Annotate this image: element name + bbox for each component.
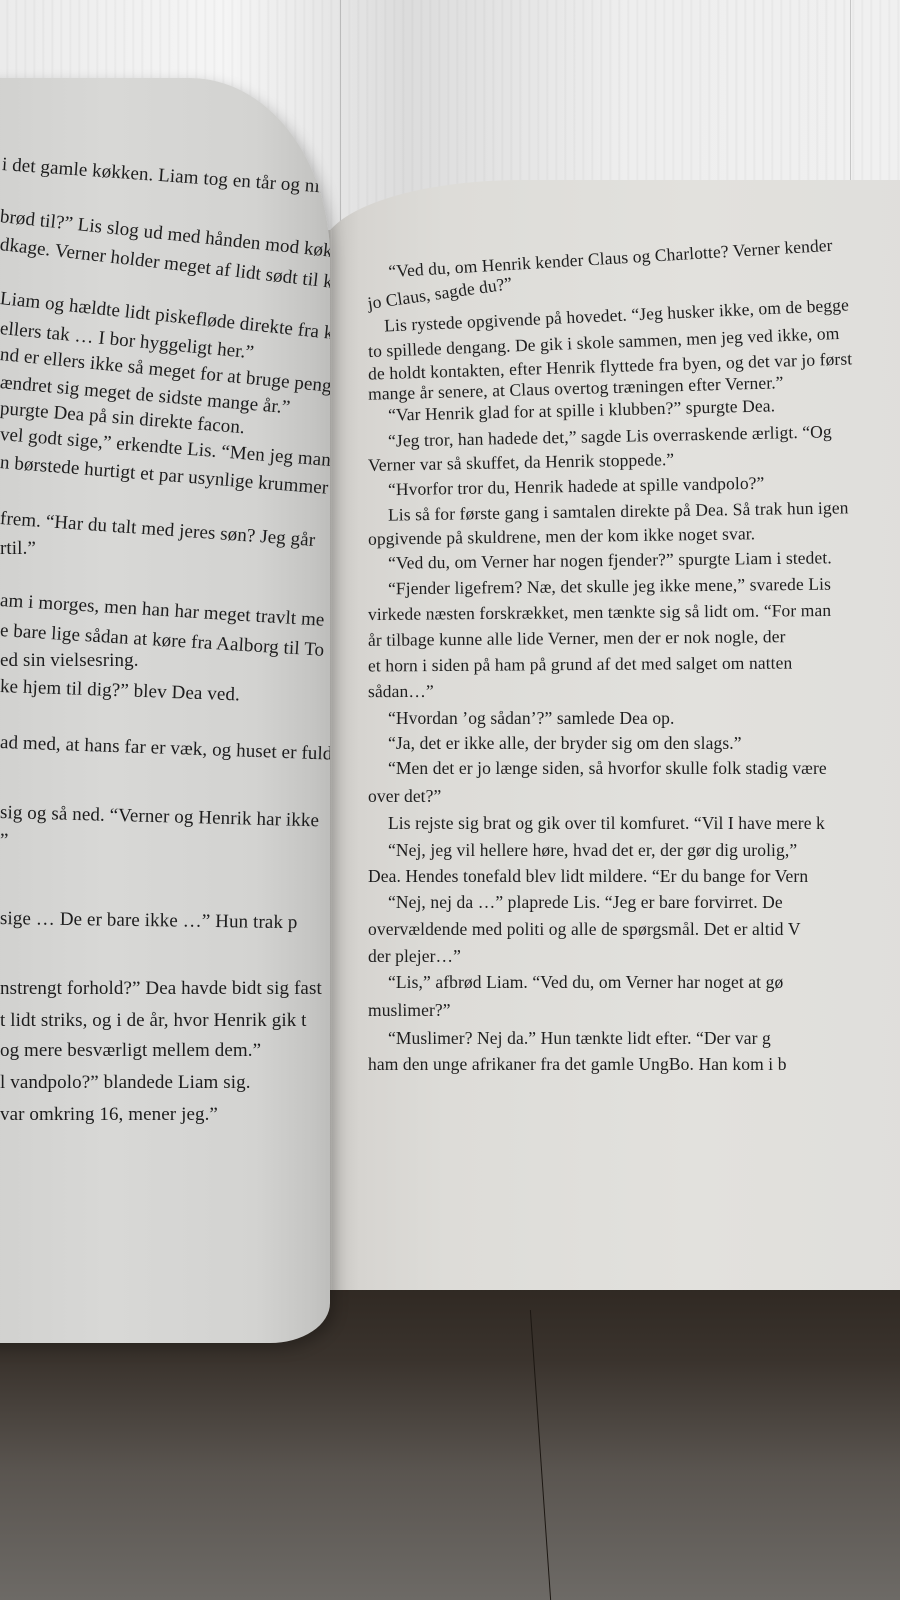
text-line: “Lis,” afbrød Liam. “Ved du, om Verner h… <box>388 972 783 993</box>
text-line: ed sin vielsesring. <box>0 650 139 672</box>
text-line: sig og så ned. “Verner og Henrik har ikk… <box>0 802 319 832</box>
text-line: ham den unge afrikaner fra det gamle Ung… <box>368 1054 787 1075</box>
left-page: i det gamle køkken. Liam tog en tår og n… <box>0 78 330 1343</box>
text-line: rtil.” <box>0 538 36 560</box>
text-line: der plejer…” <box>368 946 461 967</box>
text-line: opgivende på skuldrene, men der kom ikke… <box>368 523 755 549</box>
text-line: “Hvorfor tror du, Henrik hadede at spill… <box>388 473 765 501</box>
text-line: over det?” <box>368 786 441 807</box>
right-page: “Ved du, om Henrik kender Claus og Charl… <box>322 180 900 1290</box>
text-line: virkede næsten forskrækket, men tænkte s… <box>368 600 831 625</box>
text-line: Lis rejste sig brat og gik over til komf… <box>388 813 825 834</box>
text-line: “Men det er jo længe siden, så hvorfor s… <box>388 758 827 779</box>
text-line: “Nej, jeg vil hellere høre, hvad det er,… <box>388 840 797 861</box>
text-line: et horn i siden på ham på grund af det m… <box>368 653 792 677</box>
text-line: overvældende med politi og alle de spørg… <box>368 919 801 940</box>
text-line: Verner var så skuffet, da Henrik stopped… <box>368 449 675 476</box>
text-line: muslimer?” <box>368 1000 451 1021</box>
text-line: t lidt striks, og i de år, hvor Henrik g… <box>0 1010 307 1032</box>
text-line: og mere besværligt mellem dem.” <box>0 1040 261 1062</box>
text-line: sådan…” <box>368 681 434 702</box>
text-line: ke hjem til dig?” blev Dea ved. <box>0 676 240 706</box>
text-line: nstrengt forhold?” Dea havde bidt sig fa… <box>0 978 322 1000</box>
text-line: sige … De er bare ikke …” Hun trak p <box>0 908 298 934</box>
text-line: “Ved du, om Verner har nogen fjender?” s… <box>388 547 832 573</box>
text-line: “Ved du, om Henrik kender Claus og Charl… <box>388 235 833 282</box>
text-line: Lis så for første gang i samtalen direkt… <box>388 497 849 525</box>
text-line: Dea. Hendes tonefald blev lidt mildere. … <box>368 866 808 887</box>
text-line: “Muslimer? Nej da.” Hun tænkte lidt efte… <box>388 1028 771 1049</box>
text-line: i det gamle køkken. Liam tog en tår og n… <box>1 154 330 200</box>
text-line: ” <box>0 830 9 852</box>
text-line: “Ja, det er ikke alle, der bryder sig om… <box>388 733 742 754</box>
text-line: “Nej, nej da …” plaprede Lis. “Jeg er ba… <box>388 892 783 913</box>
text-line: l vandpolo?” blandede Liam sig. <box>0 1072 251 1094</box>
text-line: år tilbage kunne alle lide Verner, men d… <box>368 626 786 651</box>
text-line: “Hvordan ’og sådan’?” samlede Dea op. <box>388 708 675 729</box>
text-line: frem. “Har du talt med jeres søn? Jeg gå… <box>0 508 316 552</box>
text-line: var omkring 16, mener jeg.” <box>0 1104 218 1126</box>
text-line: “Jeg tror, han hadede det,” sagde Lis ov… <box>388 421 832 451</box>
text-line: “Fjender ligefrem? Næ, det skulle jeg ik… <box>388 574 831 600</box>
text-line: ad med, at hans far er væk, og huset er … <box>0 732 330 766</box>
